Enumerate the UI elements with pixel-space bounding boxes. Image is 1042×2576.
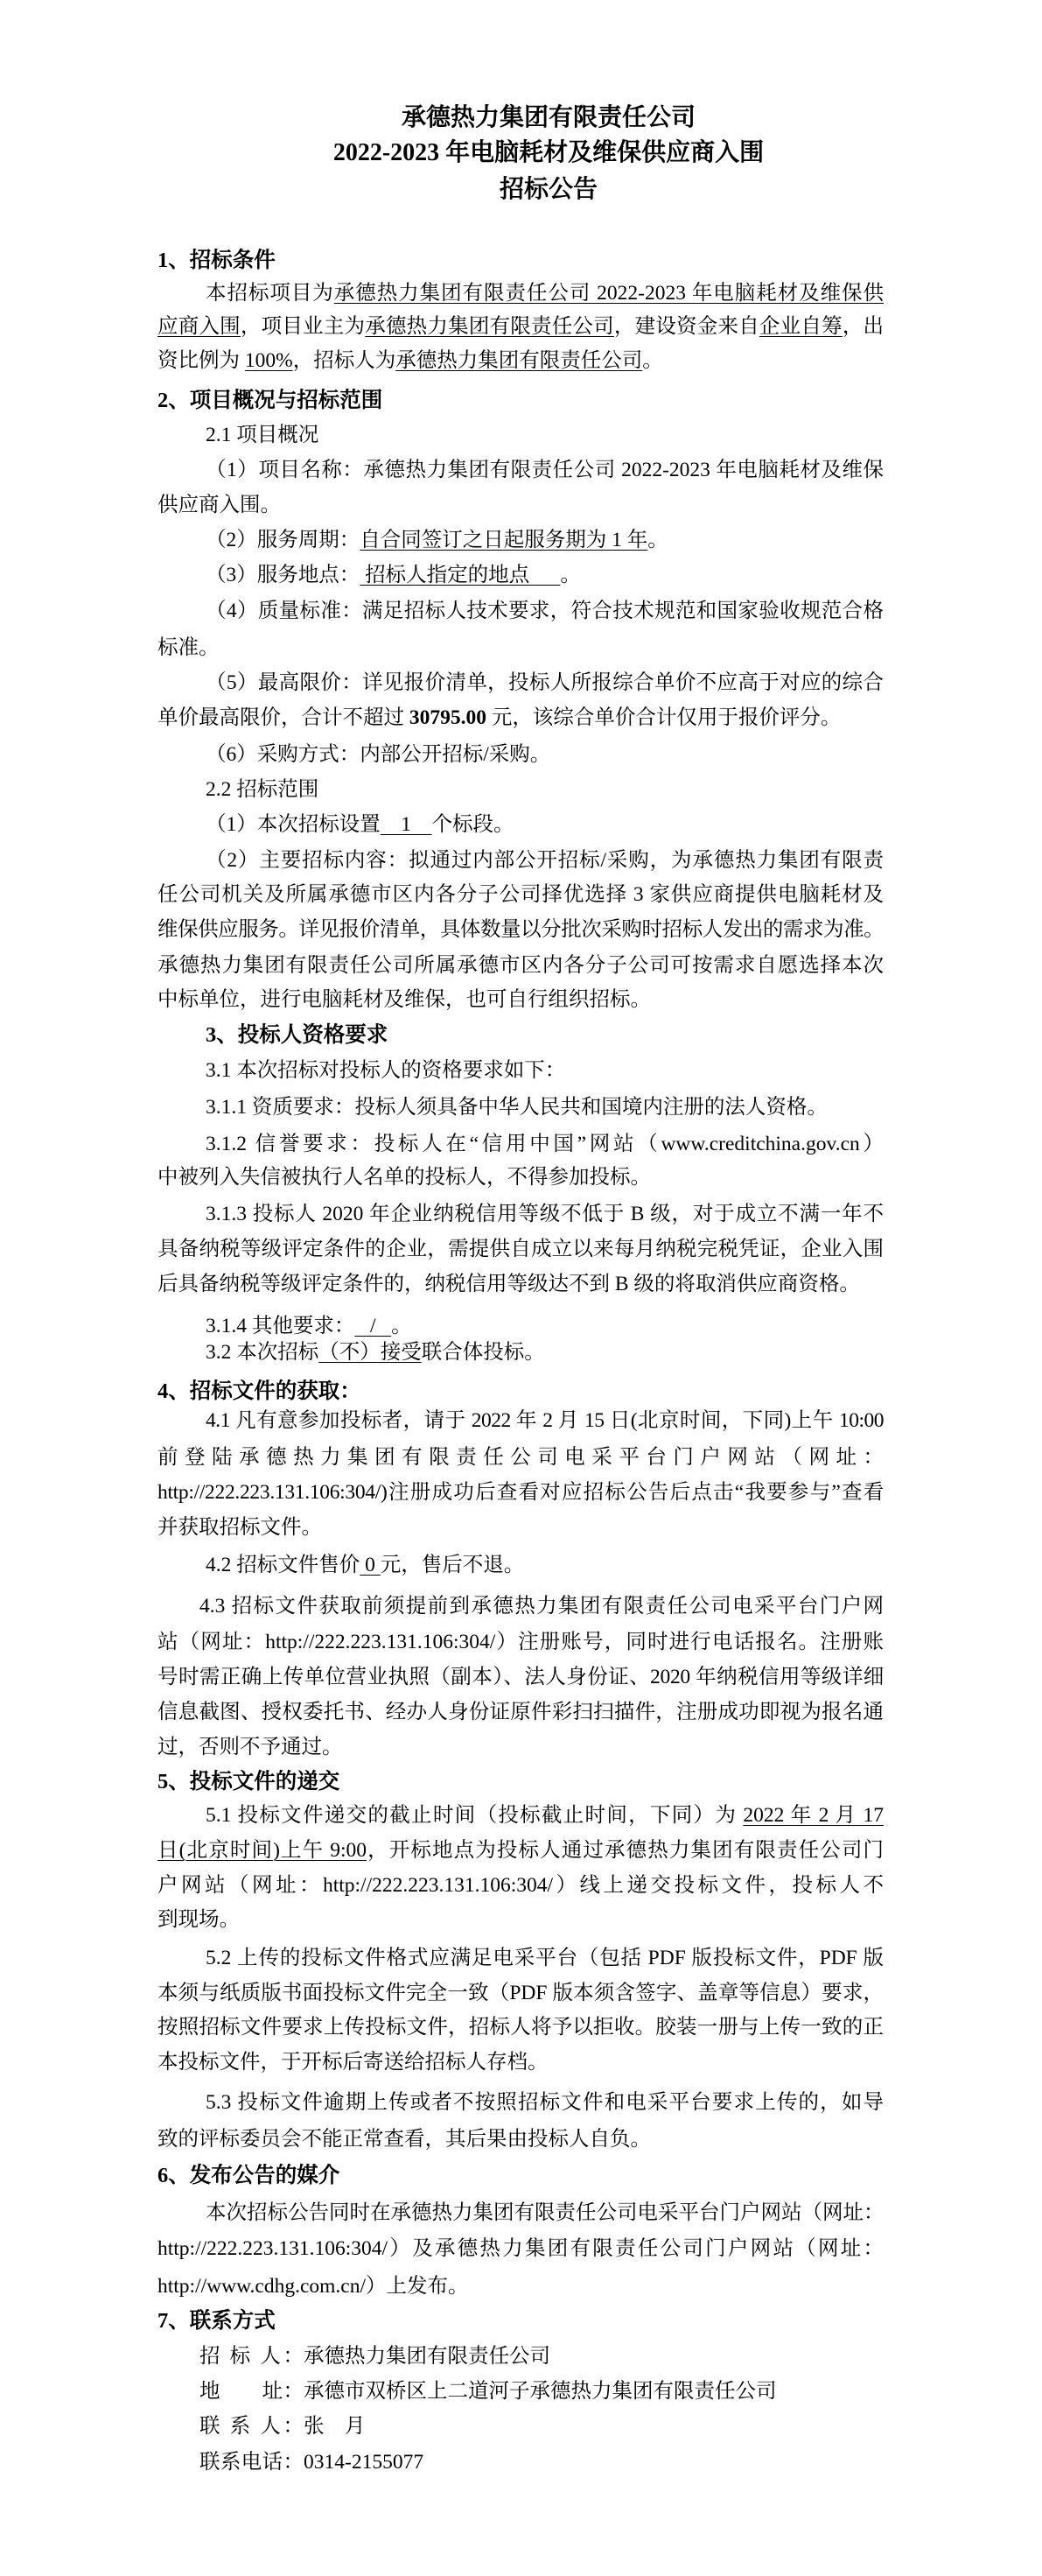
- text-run: 单价最高限价，合计不超过: [157, 706, 409, 729]
- underlined-field: 1: [381, 813, 432, 836]
- text-run: ，开标地点为投标人通过承德热力集团有限责任公司门: [367, 1839, 884, 1862]
- section-2-line: （3）服务地点： 招标人指定的地点 。: [206, 558, 884, 592]
- contact-value: 0314-2155077: [304, 2451, 423, 2474]
- section-4-line: 4.2 招标文件售价 0 元，售后不退。: [206, 1548, 884, 1582]
- section-4-line: 信息截图、授权委托书、经办人身份证原件彩扫扫描件，注册成功即视为报名通: [157, 1695, 884, 1729]
- title-company: 承德热力集团有限责任公司: [0, 101, 1042, 136]
- contact-phone: 联系电话：0314-2155077: [199, 2446, 884, 2479]
- section-2-line: 维保供应服务。详见报价清单，具体数量以分批次采购时招标人发出的需求为准。: [157, 913, 884, 946]
- section-5-heading: 5、投标文件的递交: [157, 1765, 884, 1799]
- section-3-heading: 3、投标人资格要求: [206, 1019, 884, 1052]
- contact-label: 地 址：: [199, 2375, 304, 2408]
- section-5-line: 到现场。: [157, 1903, 884, 1936]
- section-2-line: （4）质量标准：满足招标人技术要求，符合技术规范和国家验收规范合格: [206, 594, 884, 628]
- section-2-line: 单价最高限价，合计不超过 30795.00 元，该综合单价合计仅用于报价评分。: [157, 701, 884, 734]
- section-7-heading: 7、联系方式: [157, 2305, 884, 2338]
- text-run: 3.2 本次招标: [206, 1341, 318, 1364]
- deadline-time: 日(北京时间)上午 9:00: [157, 1839, 367, 1862]
- section-4-line: 4.3 招标文件获取前须提前到承德热力集团有限责任公司电采平台门户网: [199, 1590, 884, 1623]
- text-run: 。: [647, 529, 668, 551]
- section-4-line: 4.1 凡有意参加投标者，请于 2022 年 2 月 15 日(北京时间，下同)…: [206, 1404, 884, 1437]
- section-3-line: 3.1.1 资质要求：投标人须具备中华人民共和国境内注册的法人资格。: [206, 1091, 884, 1124]
- section-3-line: 中被列入失信被执行人名单的投标人，不得参加投标。: [157, 1161, 884, 1194]
- text-run: 个标段。: [432, 813, 514, 836]
- section-3-line: 3.1.3 投标人 2020 年企业纳税信用等级不低于 B 级，对于成立不满一年…: [206, 1197, 884, 1231]
- section-6-line: http://222.223.131.106:304/）及承德热力集团有限责任公…: [157, 2232, 884, 2265]
- underlined-field: （不）接受: [318, 1341, 422, 1364]
- section-5-line: 5.2 上传的投标文件格式应满足电采平台（包括 PDF 版投标文件，PDF 版: [206, 1941, 884, 1975]
- section-5-line: 户网站（网址：http://222.223.131.106:304/）线上递交投…: [157, 1869, 884, 1902]
- text-run: 元，售后不退。: [381, 1554, 525, 1576]
- contact-label: 联 系 人：: [199, 2410, 304, 2443]
- tender-announcement-page: 承德热力集团有限责任公司 2022-2023 年电脑耗材及维保供应商入围 招标公…: [0, 0, 1042, 2576]
- underlined-field: 自合同签订之日起服务期为 1 年: [360, 529, 647, 551]
- section-2-line: （1）项目名称：承德热力集团有限责任公司 2022-2023 年电脑耗材及维保: [206, 453, 884, 487]
- section-3-line: 具备纳税等级评定条件的企业，需提供自成立以来每月纳税完税凭证，企业入围: [157, 1232, 884, 1266]
- text-run: 4.2 招标文件售价: [206, 1554, 360, 1576]
- underlined-field: 100%: [245, 349, 293, 372]
- section-4-line: 前登陆承德热力集团有限责任公司电采平台门户网站（网址：: [157, 1441, 884, 1474]
- text-run: 联合体投标。: [422, 1341, 545, 1364]
- section-4-line: 号时需正确上传单位营业执照（副本）、法人身份证、2020 年纳税信用等级详细: [157, 1660, 884, 1694]
- section-1-line: 资比例为 100%，招标人为承德热力集团有限责任公司。: [157, 344, 884, 377]
- section-2-heading: 2、项目概况与招标范围: [157, 384, 884, 418]
- underlined-field: 0: [360, 1554, 381, 1576]
- section-2-line: 任公司机关及所属承德市区内各分子公司择优选择 3 家供应商提供电脑耗材及: [157, 878, 884, 911]
- underlined-field: /: [354, 1315, 391, 1337]
- section-2-line: 中标单位，进行电脑耗材及维保，也可自行组织招标。: [157, 983, 884, 1016]
- section-2-line: 标准。: [157, 631, 884, 664]
- section-1-heading: 1、招标条件: [157, 244, 884, 277]
- section-5-line: 本投标文件，于开标后寄送给招标人存档。: [157, 2046, 884, 2079]
- section-6-line: 本次招标公告同时在承德热力集团有限责任公司电采平台门户网站（网址：: [206, 2196, 884, 2229]
- section-2-line: （1）本次招标设置 1 个标段。: [206, 808, 884, 841]
- text-run: 3.1.4 其他要求：: [206, 1315, 354, 1337]
- price-cap-value: 30795.00: [409, 706, 486, 729]
- section-3-line: 3.2 本次招标（不）接受联合体投标。: [206, 1336, 884, 1369]
- text-run: ，招标人为: [293, 349, 396, 372]
- section-5-line: 本须与纸质版书面投标文件完全一致（PDF 版本须含签字、盖章等信息）要求，: [157, 1976, 884, 2010]
- text-run: ，出: [843, 315, 884, 338]
- contact-address: 地 址：承德市双桥区上二道河子承德热力集团有限责任公司: [199, 2375, 884, 2408]
- text-run: 。: [560, 564, 581, 586]
- contact-person: 联 系 人：张 月: [199, 2410, 884, 2443]
- text-run: 。: [642, 349, 663, 372]
- contact-label: 招 标 人：: [199, 2340, 304, 2373]
- section-5-line: 按照招标文件要求上传投标文件，招标人将予以拒收。胶装一册与上传一致的正: [157, 2011, 884, 2044]
- text-run: 元，该综合单价合计仅用于报价评分。: [486, 706, 841, 729]
- contact-tenderer: 招 标 人：承德热力集团有限责任公司: [199, 2340, 884, 2373]
- section-2-line: （2）主要招标内容：拟通过内部公开招标/采购，为承德热力集团有限责: [206, 844, 884, 877]
- section-3-line: 3.1 本次招标对投标人的资格要求如下：: [206, 1054, 884, 1087]
- section-3-line: 后具备纳税等级评定条件的，纳税信用等级达不到 B 级的将取消供应商资格。: [157, 1267, 884, 1301]
- text-run: 资比例为: [157, 349, 245, 372]
- section-2-line: 供应商入围。: [157, 488, 884, 522]
- text-run: （2）服务周期：: [206, 529, 360, 551]
- contact-label: 联系电话：: [199, 2446, 304, 2479]
- text-run: （1）本次招标设置: [206, 813, 381, 836]
- section-5-line: 致的评标委员会不能正常查看，其后果由投标人自负。: [157, 2123, 884, 2156]
- section-3-line: 3.1.2 信誉要求：投标人在“信用中国”网站（www.creditchina.…: [206, 1127, 884, 1161]
- text-run: 。: [391, 1315, 412, 1337]
- contact-value: 张 月: [304, 2415, 366, 2438]
- subsection-2-2-heading: 2.2 招标范围: [206, 773, 884, 806]
- deadline-date: 2022 年 2 月 17: [743, 1804, 884, 1827]
- text-run: 本招标项目为: [206, 282, 334, 305]
- title-project: 2022-2023 年电脑耗材及维保供应商入围: [0, 136, 1042, 171]
- section-1-line: 应商入围，项目业主为承德热力集团有限责任公司，建设资金来自企业自筹，出: [157, 310, 884, 343]
- section-4-line: http://222.223.131.106:304/)注册成功后查看对应招标公…: [157, 1476, 884, 1509]
- section-2-line: （2）服务周期：自合同签订之日起服务期为 1 年。: [206, 523, 884, 557]
- section-2-line: （6）采购方式：内部公开招标/采购。: [206, 738, 884, 771]
- section-2-line: 承德热力集团有限责任公司所属承德市区内各分子公司可按需求自愿选择本次: [157, 949, 884, 982]
- underlined-field: 承德热力集团有限责任公司 2022-2023 年电脑耗材及维保供: [334, 282, 884, 305]
- underlined-field: 企业自筹: [759, 315, 843, 338]
- subsection-2-1-heading: 2.1 项目概况: [206, 418, 884, 452]
- section-4-line: 并获取招标文件。: [157, 1511, 884, 1544]
- section-4-line: 站（网址：http://222.223.131.106:304/）注册账号，同时…: [157, 1625, 884, 1659]
- section-5-line: 日(北京时间)上午 9:00，开标地点为投标人通过承德热力集团有限责任公司门: [157, 1834, 884, 1867]
- text-run: ，建设资金来自: [614, 315, 759, 338]
- text-run: （3）服务地点：: [206, 564, 360, 586]
- contact-value: 承德市双桥区上二道河子承德热力集团有限责任公司: [304, 2380, 777, 2403]
- title-doc-type: 招标公告: [0, 172, 1042, 207]
- section-6-heading: 6、发布公告的媒介: [157, 2159, 884, 2193]
- contact-value: 承德热力集团有限责任公司: [304, 2345, 550, 2368]
- section-4-line: 过，否则不予通过。: [157, 1730, 884, 1764]
- section-1-line: 本招标项目为承德热力集团有限责任公司 2022-2023 年电脑耗材及维保供: [206, 277, 884, 310]
- text-run: 5.1 投标文件递交的截止时间（投标截止时间，下同）为: [206, 1804, 743, 1827]
- underlined-field: 承德热力集团有限责任公司: [365, 315, 614, 338]
- section-5-line: 5.1 投标文件递交的截止时间（投标截止时间，下同）为 2022 年 2 月 1…: [206, 1799, 884, 1832]
- section-6-line: http://www.cdhg.com.cn/）上发布。: [157, 2270, 884, 2303]
- underlined-field: 招标人指定的地点: [360, 564, 560, 586]
- section-2-line: （5）最高限价：详见报价清单，投标人所报综合单价不应高于对应的综合: [206, 666, 884, 699]
- section-5-line: 5.3 投标文件逾期上传或者不按照招标文件和电采平台要求上传的，如导: [206, 2086, 884, 2119]
- underlined-field: 应商入围: [157, 315, 241, 338]
- underlined-field: 承德热力集团有限责任公司: [395, 349, 642, 372]
- text-run: ，项目业主为: [241, 315, 365, 338]
